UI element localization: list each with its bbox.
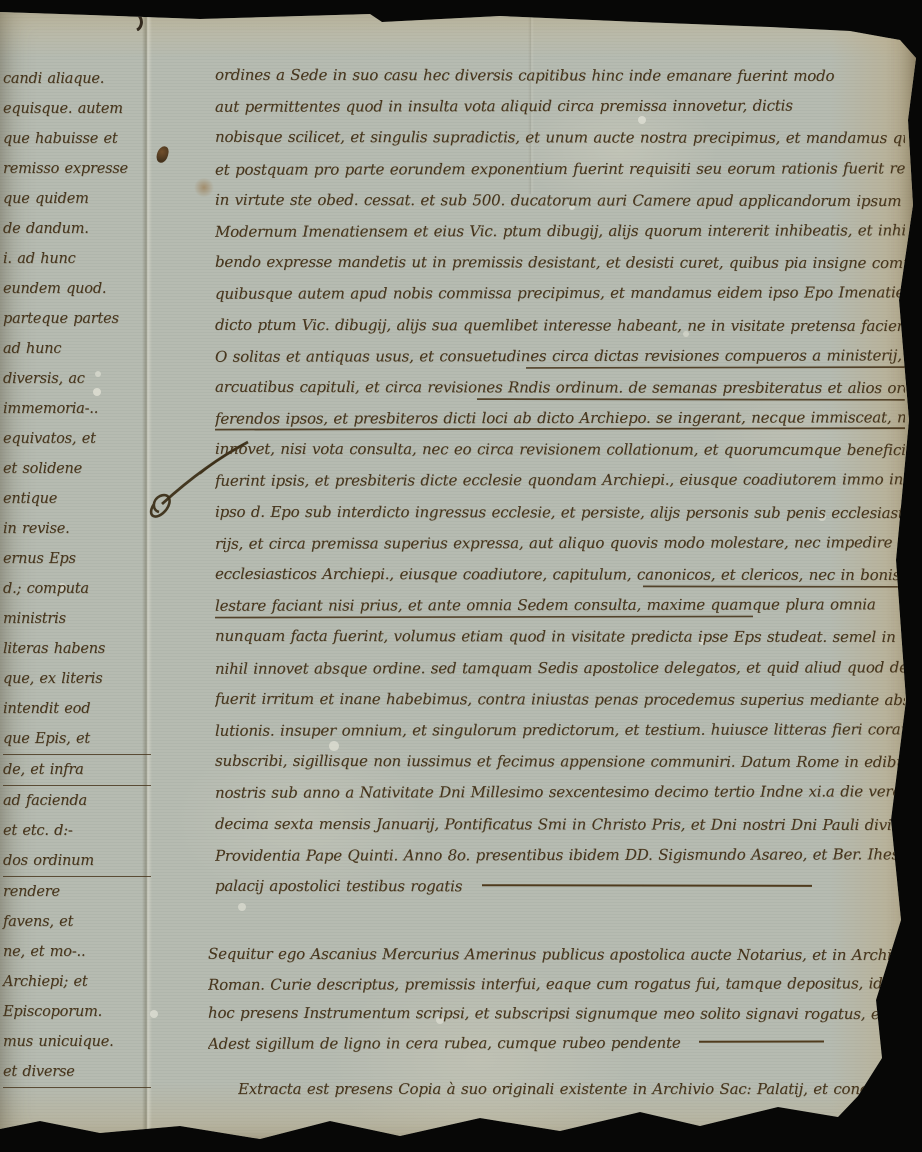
margin-note-line: candi aliaque. [3,64,151,94]
text-line: decima sexta mensis Januarij, Pontificat… [215,808,905,840]
text-line: lestare faciant nisi prius, et ante omni… [215,589,905,622]
text-line: arcuatibus capituli, et circa revisiones… [215,372,905,404]
margin-note-line: que quidem [3,184,151,214]
notary-attestation-block: Sequitur ego Ascanius Mercurius Amerinus… [208,940,908,1058]
text-line: ipso d. Epo sub interdicto ingressus ecc… [215,496,905,528]
margin-note-line: in revise. [3,514,151,544]
margin-note-line: favens, et [3,907,151,937]
manuscript-paper: candi aliaque.equisque. autemque habuiss… [0,0,922,1152]
text-line: O solitas et antiquas usus, et consuetud… [215,340,905,373]
margin-note-line: de, et infra [3,755,151,786]
attestation-line: Adest sigillum de ligno in cera rubea, c… [208,1028,908,1059]
text-line: et postquam pro parte eorundem exponenti… [215,153,905,186]
margin-note-line: entique [3,484,151,514]
text-line: Modernum Imenatiensem et eius Vic. ptum … [215,215,905,248]
margin-note-line: d.; computa [3,574,151,604]
text-line: innovet, nisi vota consulta, nec eo circ… [215,434,905,466]
text-line: Providentia Pape Quinti. Anno 8o. presen… [215,839,905,872]
margin-note-line: que Epis, et [3,724,151,755]
text-line: fuerit irritum et inane habebimus, contr… [215,684,905,716]
margin-note-line: ne, et mo-.. [3,937,151,967]
margin-note-line: ministris [3,604,151,634]
margin-note-line: equisque. autem [3,94,151,124]
text-line: nobisque scilicet, et singulis supradict… [215,122,905,154]
text-line: ordines a Sede in suo casu hec diversis … [215,60,905,92]
text-line: bendo expresse mandetis ut in premissis … [215,247,905,279]
paper-flecks [0,0,4,4]
margin-note-line: parteque partes [3,304,151,334]
brown-spot-stain [194,178,214,197]
text-line: subscribi, sigillisque non iussimus et f… [215,746,905,778]
text-line: nunquam facta fuerint, volumus etiam quo… [215,621,905,653]
margin-note-line: que habuisse et [3,124,151,154]
margin-note-line: remisso expresse [3,154,151,184]
margin-note-line: mus unicuique. [3,1027,151,1057]
margin-note-line: rendere [3,877,151,907]
margin-note-line: de dandum. [3,214,151,244]
attestation-line: Sequitur ego Ascanius Mercurius Amerinus… [208,940,908,971]
margin-note-line: intendit eod [3,694,151,724]
attestation-line: hoc presens Instrumentum scripsi, et sub… [208,999,908,1030]
binding-tie-icon [116,0,156,31]
margin-note-line: et solidene [3,454,151,484]
text-line: in virtute ste obed. cessat. et sub 500.… [215,185,905,217]
text-line: palacij apostolici testibus rogatis [215,871,905,903]
text-line: nostris sub anno a Nativitate Dni Milles… [215,777,905,810]
text-line: aut permittentes quod in insulta vota al… [215,90,905,123]
manuscript-photo: candi aliaque.equisque. autemque habuiss… [0,0,922,1152]
margin-note-line: que, ex literis [3,664,151,694]
concordat-line: Extracta est presens Copia à suo origina… [238,1074,908,1104]
text-line: fuerint ipsis, et presbiteris dicte eccl… [215,465,905,498]
margin-note-line: et diverse [3,1057,151,1088]
text-line: ferendos ipsos, et presbiteros dicti loc… [215,402,905,435]
text-line: dicto ptum Vic. dibugij, alijs sua queml… [215,309,905,341]
margin-note-line: et etc. d:- [3,816,151,846]
margin-note-line: dos ordinum [3,846,151,877]
text-line: nihil innovet absque ordine. sed tamquam… [215,652,905,685]
margin-note-line: literas habens [3,634,151,664]
margin-note-line: ad facienda [3,786,151,816]
margin-note-line: ernus Eps [3,544,151,574]
margin-note-line: equivatos, et [3,424,151,454]
margin-note-line: ad hunc [3,334,151,364]
margin-note-line: Archiepi; et [3,967,151,997]
margin-note-line: immemoria-.. [3,394,151,424]
text-line: lutionis. insuper omnium, et singulorum … [215,714,905,747]
margin-note-line: diversis, ac [3,364,151,394]
margin-note-line: Episcoporum. [3,997,151,1027]
text-line: quibusque autem apud nobis commissa prec… [215,278,905,311]
main-text-block: ordines a Sede in suo casu hec diversis … [215,60,905,902]
margin-notes-column: candi aliaque.equisque. autemque habuiss… [3,64,151,1088]
ink-blot-stain [155,145,170,164]
margin-note-line: i. ad hunc [3,244,151,274]
margin-note-line: eundem quod. [3,274,151,304]
text-line: ecclesiasticos Archiepi., eiusque coadiu… [215,559,905,591]
text-line: rijs, et circa premissa superius express… [215,527,905,560]
attestation-line: Roman. Curie descriptus, premissis inter… [208,969,908,1000]
